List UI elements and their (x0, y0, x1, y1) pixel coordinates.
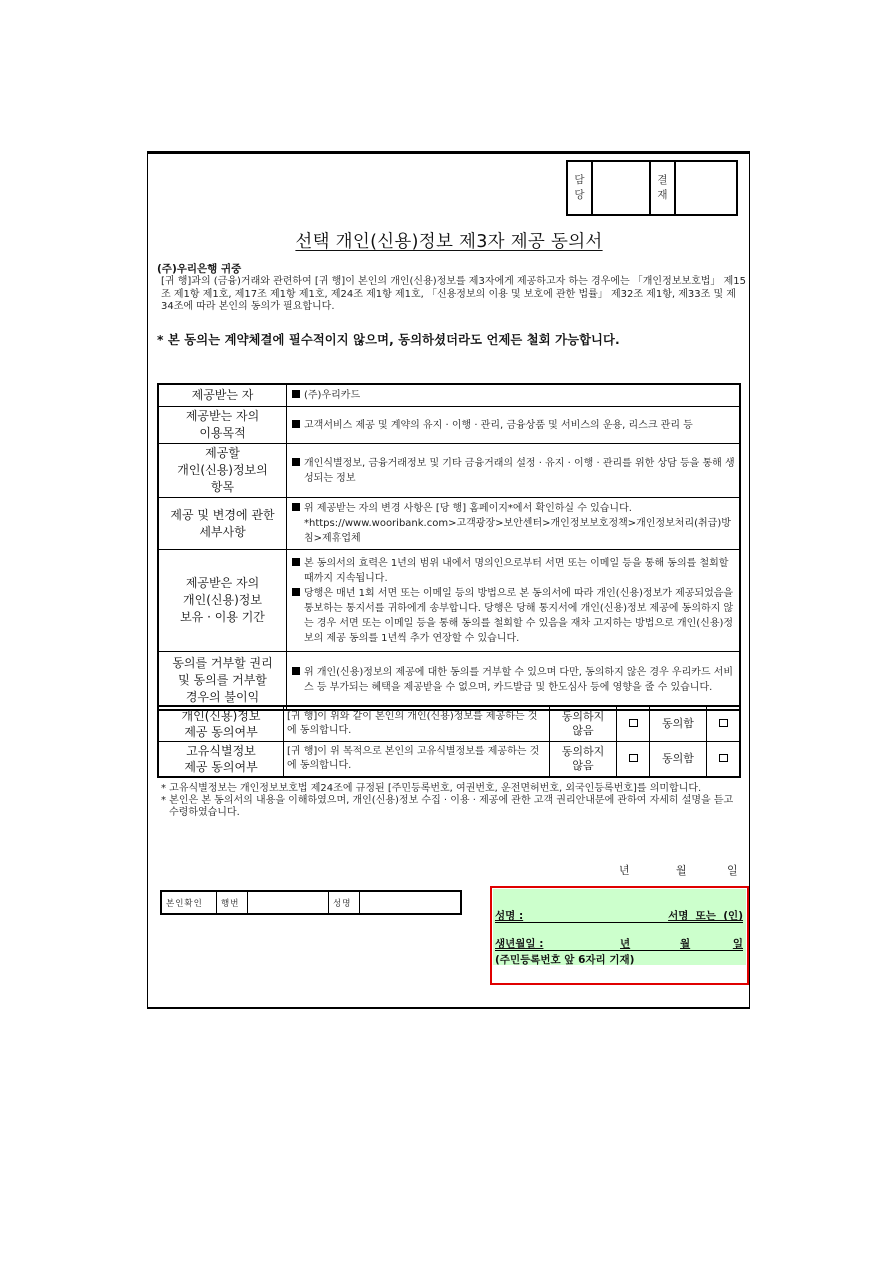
footnote: * 고유식별정보는 개인정보보호법 제24조에 규정된 [주민등록번호, 여권번… (161, 783, 741, 795)
consent-table: 개인(신용)정보 제공 동의여부[귀 행]이 위와 같이 본인의 개인(신용)정… (157, 705, 741, 778)
customer-name-label: 성명 : (495, 908, 523, 923)
square-bullet-icon (292, 558, 300, 566)
footnotes: * 고유식별정보는 개인정보보호법 제24조에 규정된 [주민등록번호, 여권번… (161, 783, 741, 819)
info-row-header: 동의를 거부할 권리 및 동의를 거부할 경우의 불이익 (158, 652, 287, 710)
consent-row: 고유식별정보 제공 동의여부[귀 행]이 위 목적으로 본인의 고유식별정보를 … (158, 742, 740, 778)
agree-checkbox[interactable] (707, 706, 741, 742)
agree-checkbox[interactable] (707, 742, 741, 778)
consent-statement: [귀 행]이 위 목적으로 본인의 고유식별정보를 제공하는 것에 동의합니다. (284, 742, 550, 778)
consent-statement: [귀 행]이 위와 같이 본인의 개인(신용)정보를 제공하는 것에 동의합니다… (284, 706, 550, 742)
bullet-item: 위 제공받는 자의 변경 사항은 [당 행] 홈페이지*에서 확인하실 수 있습… (292, 501, 735, 546)
disagree-label: 동의하지 않음 (550, 706, 617, 742)
birth-day-label: 일 (733, 936, 743, 951)
info-row-content: 위 제공받는 자의 변경 사항은 [당 행] 홈페이지*에서 확인하실 수 있습… (287, 498, 741, 550)
square-bullet-icon (292, 390, 300, 398)
square-bullet-icon (292, 667, 300, 675)
staff-name-label: 성명 (329, 891, 360, 914)
footnote: * 본인은 본 동의서의 내용을 이해하였으며, 개인(신용)정보 수집 · 이… (161, 795, 741, 819)
birth-month-label: 월 (680, 936, 690, 951)
square-bullet-icon (292, 588, 300, 596)
intro-paragraph: [귀 행]과의 (금융)거래와 관련하여 [귀 행]이 본인의 개인(신용)정보… (161, 276, 746, 314)
info-row-header: 제공 및 변경에 관한 세부사항 (158, 498, 287, 550)
info-row: 동의를 거부할 권리 및 동의를 거부할 경우의 불이익위 개인(신용)정보의 … (158, 652, 740, 710)
disagree-checkbox[interactable] (617, 706, 650, 742)
page-title-text: 선택 개인(신용)정보 제3자 제공 동의서 (295, 232, 602, 252)
date-day-label: 일 (727, 862, 738, 878)
checkbox-icon[interactable] (629, 719, 638, 727)
info-row-content: 개인식별정보, 금융거래정보 및 기타 금융거래의 설정 · 유지 · 이행 ·… (287, 444, 741, 498)
employee-no-label: 행번 (217, 891, 248, 914)
info-row: 제공받는 자의 이용목적고객서비스 제공 및 계약의 유지 · 이행 · 관리,… (158, 407, 740, 444)
square-bullet-icon (292, 458, 300, 466)
approval-signature-approver[interactable] (675, 161, 737, 215)
bullet-item: 본 동의서의 효력은 1년의 범위 내에서 명의인으로부터 서면 또는 이메일 … (292, 556, 735, 586)
agree-label: 동의함 (650, 706, 707, 742)
consent-row: 개인(신용)정보 제공 동의여부[귀 행]이 위와 같이 본인의 개인(신용)정… (158, 706, 740, 742)
info-row: 제공 및 변경에 관한 세부사항위 제공받는 자의 변경 사항은 [당 행] 홈… (158, 498, 740, 550)
approval-label-manager: 담 당 (567, 161, 592, 215)
info-row-header: 제공할 개인(신용)정보의 항목 (158, 444, 287, 498)
birthdate-label: 생년월일 : (495, 936, 543, 951)
bullet-item: 개인식별정보, 금융거래정보 및 기타 금융거래의 설정 · 유지 · 이행 ·… (292, 456, 735, 486)
notice-text: * 본 동의는 계약체결에 필수적이지 않으며, 동의하셨더라도 언제든 철회 … (157, 330, 620, 348)
info-row-header: 제공받은 자의 개인(신용)정보 보유 · 이용 기간 (158, 550, 287, 652)
disagree-checkbox[interactable] (617, 742, 650, 778)
bullet-text: 본 동의서의 효력은 1년의 범위 내에서 명의인으로부터 서면 또는 이메일 … (304, 558, 728, 584)
info-row: 제공받는 자(주)우리카드 (158, 384, 740, 407)
birthdate-row[interactable]: 생년월일 : 년 월 일 (495, 936, 743, 951)
addressee: (주)우리은행 귀중 (157, 261, 241, 276)
info-row: 제공받은 자의 개인(신용)정보 보유 · 이용 기간본 동의서의 효력은 1년… (158, 550, 740, 652)
approval-signature-manager[interactable] (592, 161, 650, 215)
bullet-text: 고객서비스 제공 및 계약의 유지 · 이행 · 관리, 금융상품 및 서비스의… (304, 420, 693, 431)
info-table: 제공받는 자(주)우리카드제공받는 자의 이용목적고객서비스 제공 및 계약의 … (157, 383, 741, 711)
staff-verification-table: 본인확인 행번 성명 (160, 890, 462, 915)
verification-label: 본인확인 (161, 891, 217, 914)
approval-box: 담 당 결 재 (566, 160, 738, 216)
checkbox-icon[interactable] (629, 754, 638, 762)
checkbox-icon[interactable] (719, 719, 728, 727)
approval-label-approver: 결 재 (650, 161, 675, 215)
date-month-label: 월 (676, 862, 687, 878)
employee-no-field[interactable] (248, 891, 329, 914)
birth-year-label: 년 (620, 936, 630, 951)
customer-signature-box: 성명 : 서명 또는 (인) 생년월일 : 년 월 일 (주민등록번호 앞 6자… (490, 886, 749, 985)
sign-or-seal-hint: 서명 또는 (인) (668, 908, 743, 923)
square-bullet-icon (292, 420, 300, 428)
page-title: 선택 개인(신용)정보 제3자 제공 동의서 (157, 228, 741, 253)
bullet-text: 위 개인(신용)정보의 제공에 대한 동의를 거부할 수 있으며 다만, 동의하… (304, 667, 733, 693)
bullet-item: 위 개인(신용)정보의 제공에 대한 동의를 거부할 수 있으며 다만, 동의하… (292, 665, 735, 695)
consent-row-header: 개인(신용)정보 제공 동의여부 (158, 706, 284, 742)
birthdate-note: (주민등록번호 앞 6자리 기재) (495, 952, 634, 967)
bullet-text: (주)우리카드 (304, 390, 360, 401)
checkbox-icon[interactable] (719, 754, 728, 762)
info-row: 제공할 개인(신용)정보의 항목개인식별정보, 금융거래정보 및 기타 금융거래… (158, 444, 740, 498)
bullet-text: 당행은 매년 1회 서면 또는 이메일 등의 방법으로 본 동의서에 따라 개인… (304, 588, 733, 644)
square-bullet-icon (292, 503, 300, 511)
disagree-label: 동의하지 않음 (550, 742, 617, 778)
info-row-header: 제공받는 자 (158, 384, 287, 407)
customer-name-row[interactable]: 성명 : 서명 또는 (인) (495, 908, 743, 923)
bullet-item: 고객서비스 제공 및 계약의 유지 · 이행 · 관리, 금융상품 및 서비스의… (292, 418, 735, 433)
info-row-content: 위 개인(신용)정보의 제공에 대한 동의를 거부할 수 있으며 다만, 동의하… (287, 652, 741, 710)
bullet-text: 개인식별정보, 금융거래정보 및 기타 금융거래의 설정 · 유지 · 이행 ·… (304, 458, 735, 484)
staff-name-field[interactable] (360, 891, 462, 914)
bullet-text: 위 제공받는 자의 변경 사항은 [당 행] 홈페이지*에서 확인하실 수 있습… (304, 503, 731, 544)
info-row-header: 제공받는 자의 이용목적 (158, 407, 287, 444)
info-row-content: 본 동의서의 효력은 1년의 범위 내에서 명의인으로부터 서면 또는 이메일 … (287, 550, 741, 652)
date-year-label: 년 (619, 862, 630, 878)
consent-row-header: 고유식별정보 제공 동의여부 (158, 742, 284, 778)
info-row-content: 고객서비스 제공 및 계약의 유지 · 이행 · 관리, 금융상품 및 서비스의… (287, 407, 741, 444)
bullet-item: 당행은 매년 1회 서면 또는 이메일 등의 방법으로 본 동의서에 따라 개인… (292, 586, 735, 646)
bullet-item: (주)우리카드 (292, 388, 735, 403)
info-row-content: (주)우리카드 (287, 384, 741, 407)
agree-label: 동의함 (650, 742, 707, 778)
